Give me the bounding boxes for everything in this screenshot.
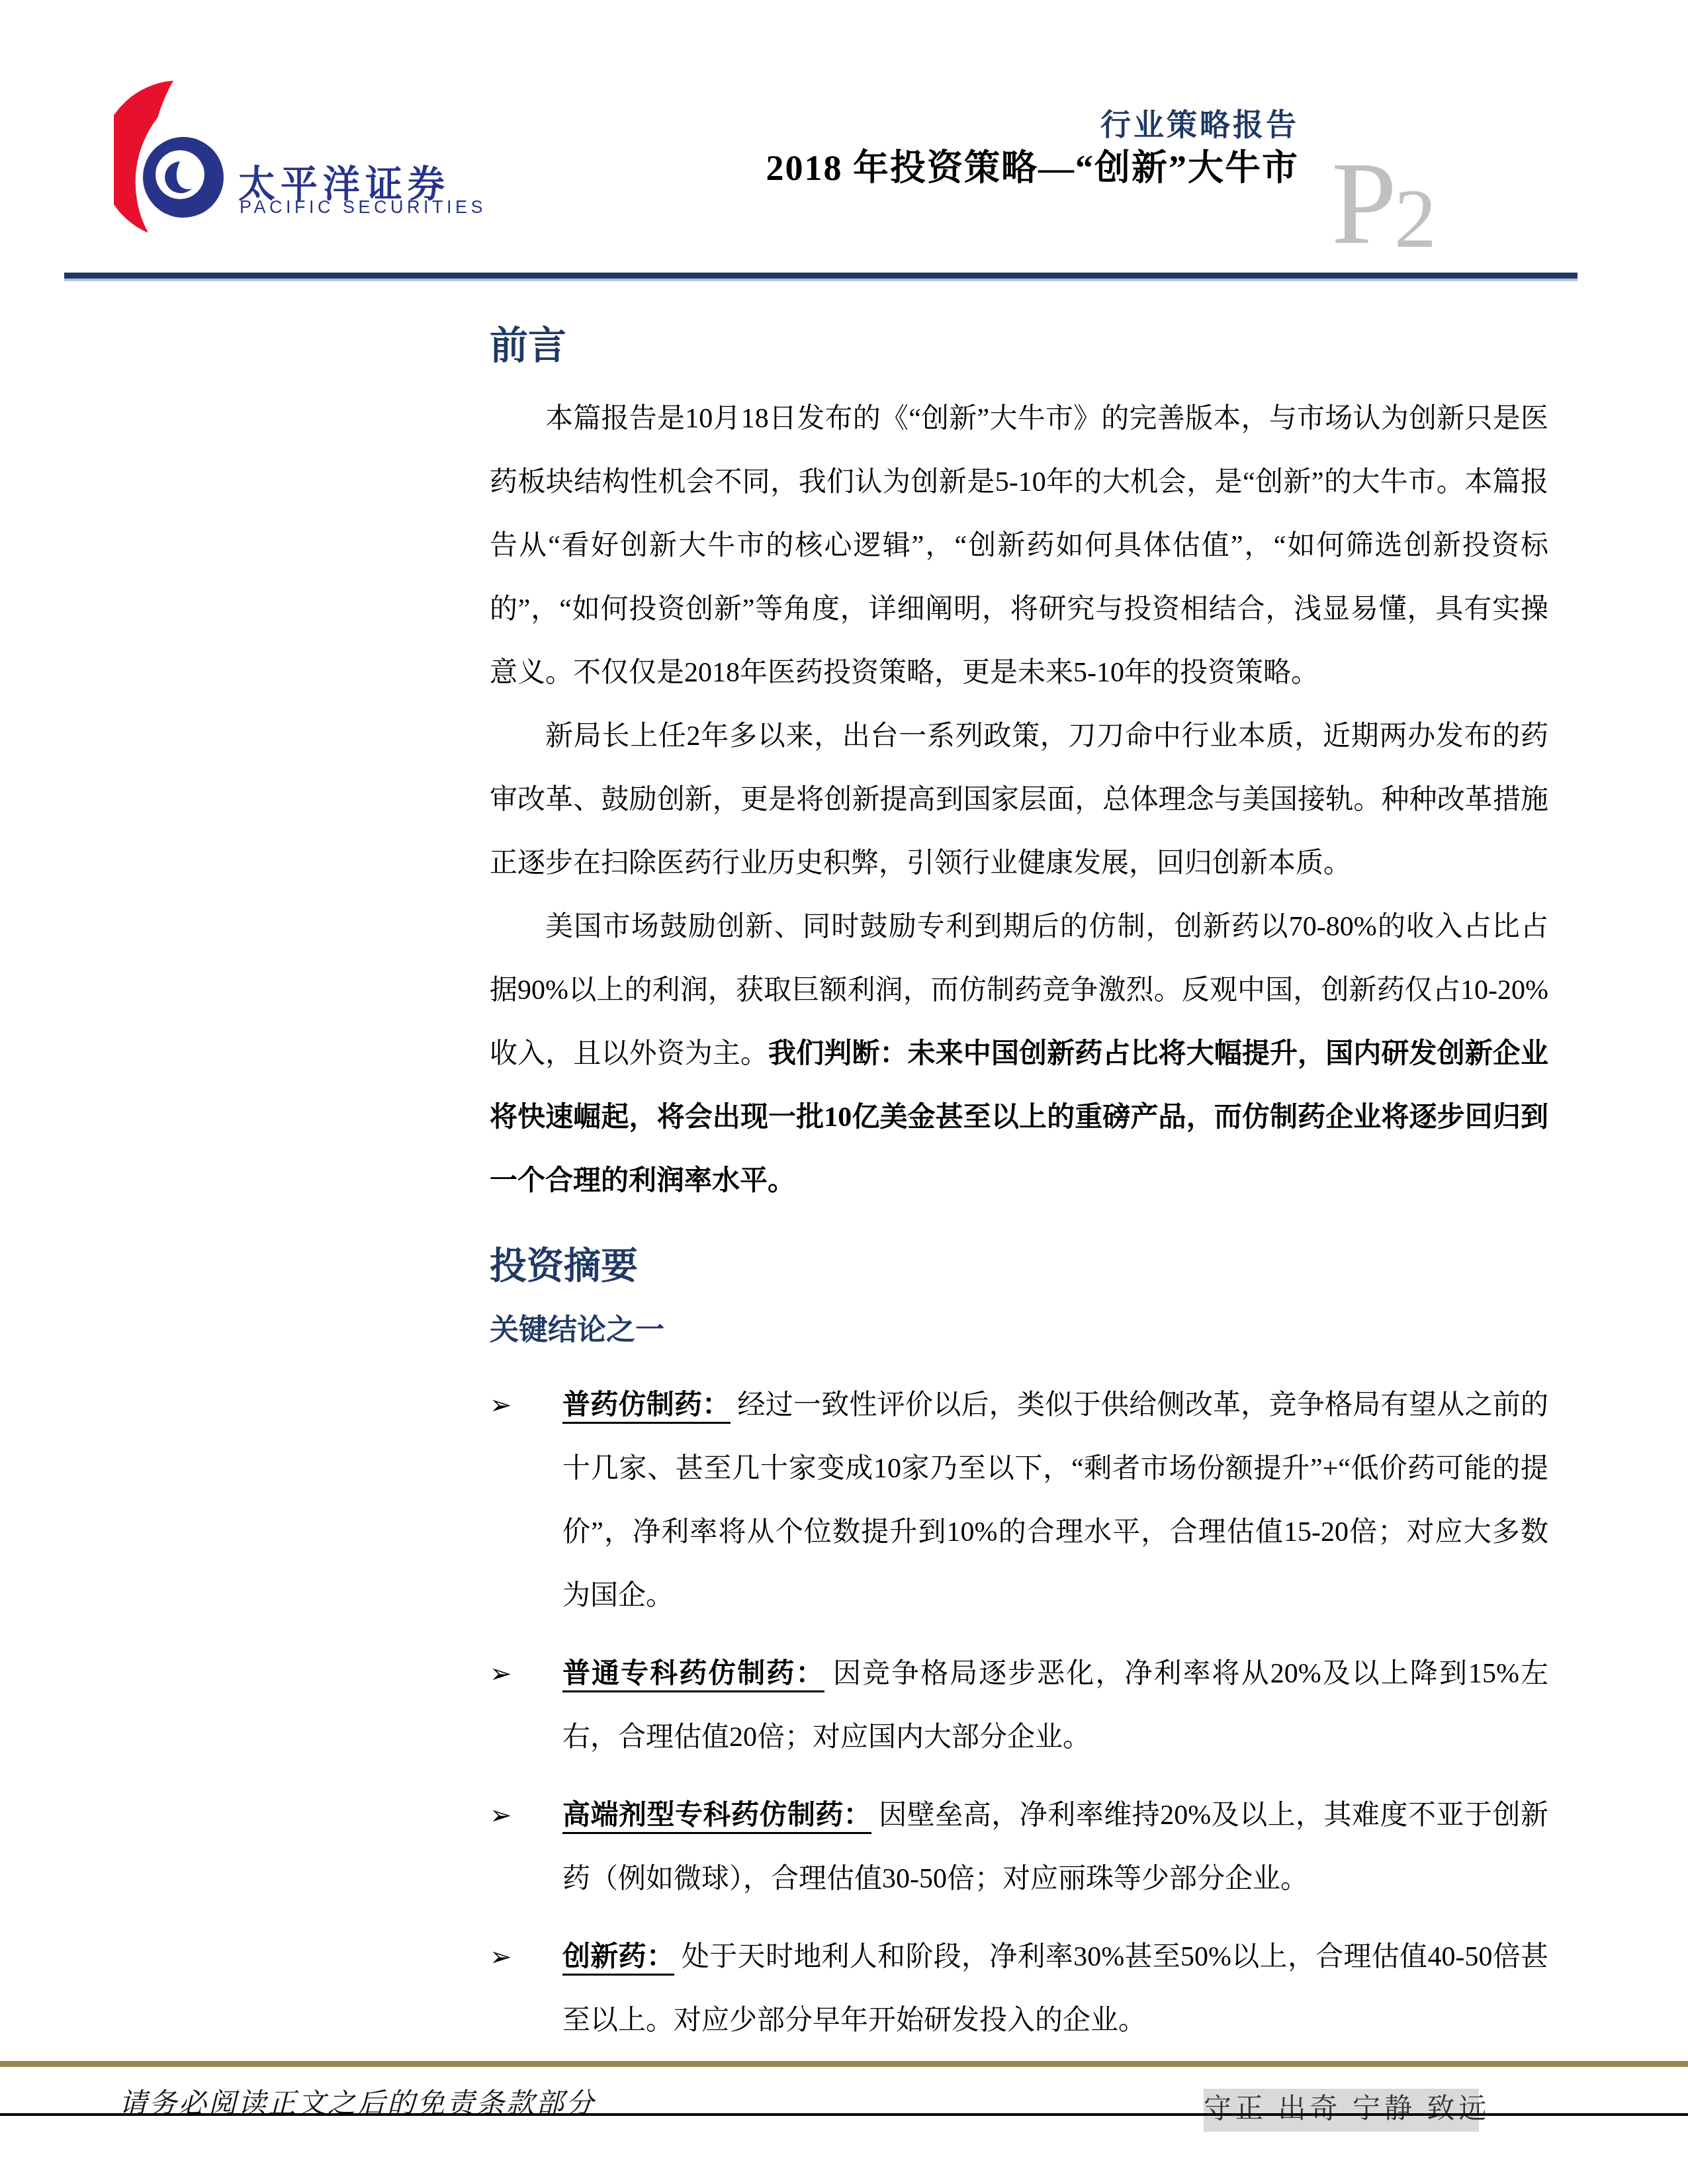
header-divider-rule: [64, 273, 1577, 281]
preface-paragraph-3: 美国市场鼓励创新、同时鼓励专利到期后的仿制，创新药以70-80%的收入占比占据9…: [490, 895, 1548, 1213]
bullet-text: 高端剂型专科药仿制药： 因壁垒高，净利率维持20%及以上，其难度不亚于创新药（例…: [562, 1784, 1548, 1911]
bullet-item-highend-generics: ➢ 高端剂型专科药仿制药： 因壁垒高，净利率维持20%及以上，其难度不亚于创新药…: [490, 1784, 1548, 1911]
logo-swirl-icon: [114, 78, 230, 237]
bullet-text: 创新药： 处于天时地利人和阶段，净利率30%甚至50%以上，合理估值40-50倍…: [562, 1925, 1548, 2052]
bullet-term: 高端剂型专科药仿制药：: [562, 1800, 871, 1834]
arrowhead-bullet-icon: ➢: [490, 1374, 562, 1628]
footer-motto-highlight: 守正 出奇 宁静 致远: [1204, 2089, 1479, 2132]
footer-motto: 守正 出奇 宁静 致远: [1204, 2089, 1479, 2132]
preface-heading: 前言: [490, 321, 1548, 371]
preface-paragraph-1: 本篇报告是10月18日发布的《“创新”大牛市》的完善版本，与市场认为创新只是医药…: [490, 387, 1548, 705]
bullet-term: 创新药：: [562, 1942, 674, 1976]
bullet-term: 普药仿制药：: [562, 1390, 731, 1424]
logo-english-name: PACIFIC SECURITIES: [240, 197, 486, 218]
bullet-item-innovative-drugs: ➢ 创新药： 处于天时地利人和阶段，净利率30%甚至50%以上，合理估值40-5…: [490, 1925, 1548, 2052]
key-conclusion-subheading: 关键结论之一: [490, 1311, 1548, 1350]
report-type-label: 行业策略报告: [766, 106, 1300, 144]
bullet-text: 普药仿制药： 经过一致性评价以后，类似于供给侧改革，竞争格局有望从之前的十几家、…: [562, 1374, 1548, 1628]
bullet-item-generic-generics: ➢ 普药仿制药： 经过一致性评价以后，类似于供给侧改革，竞争格局有望从之前的十几…: [490, 1374, 1548, 1628]
arrowhead-bullet-icon: ➢: [490, 1925, 562, 2052]
footer-black-rule: [0, 2113, 1688, 2116]
header-titles: 行业策略报告 2018 年投资策略—“创新”大牛市: [766, 106, 1300, 192]
report-title: 2018 年投资策略—“创新”大牛市: [766, 144, 1300, 193]
bullet-body: 处于天时地利人和阶段，净利率30%甚至50%以上，合理估值40-50倍甚至以上。…: [562, 1942, 1548, 2036]
preface-paragraph-2: 新局长上任2年多以来，出台一系列政策，刀刀命中行业本质，近期两办发布的药审改革、…: [490, 705, 1548, 895]
footer-olive-bar: [0, 2061, 1688, 2067]
pacific-securities-logo: 太平洋证券 PACIFIC SECURITIES: [114, 78, 484, 243]
page-number: P2: [1331, 144, 1439, 262]
summary-heading: 投资摘要: [490, 1243, 1548, 1291]
bullet-term: 普通专科药仿制药：: [562, 1659, 824, 1692]
arrowhead-bullet-icon: ➢: [490, 1784, 562, 1911]
bullet-text: 普通专科药仿制药： 因竞争格局逐步恶化，净利率将从20%及以上降到15%左右，合…: [562, 1642, 1548, 1769]
page-number-digit: 2: [1394, 171, 1437, 265]
arrowhead-bullet-icon: ➢: [490, 1642, 562, 1769]
bullet-item-specialty-generics: ➢ 普通专科药仿制药： 因竞争格局逐步恶化，净利率将从20%及以上降到15%左右…: [490, 1642, 1548, 1769]
page-number-letter: P: [1331, 138, 1397, 269]
content-column: 前言 本篇报告是10月18日发布的《“创新”大牛市》的完善版本，与市场认为创新只…: [490, 321, 1548, 2052]
report-page: 太平洋证券 PACIFIC SECURITIES 行业策略报告 2018 年投资…: [0, 0, 1688, 2184]
